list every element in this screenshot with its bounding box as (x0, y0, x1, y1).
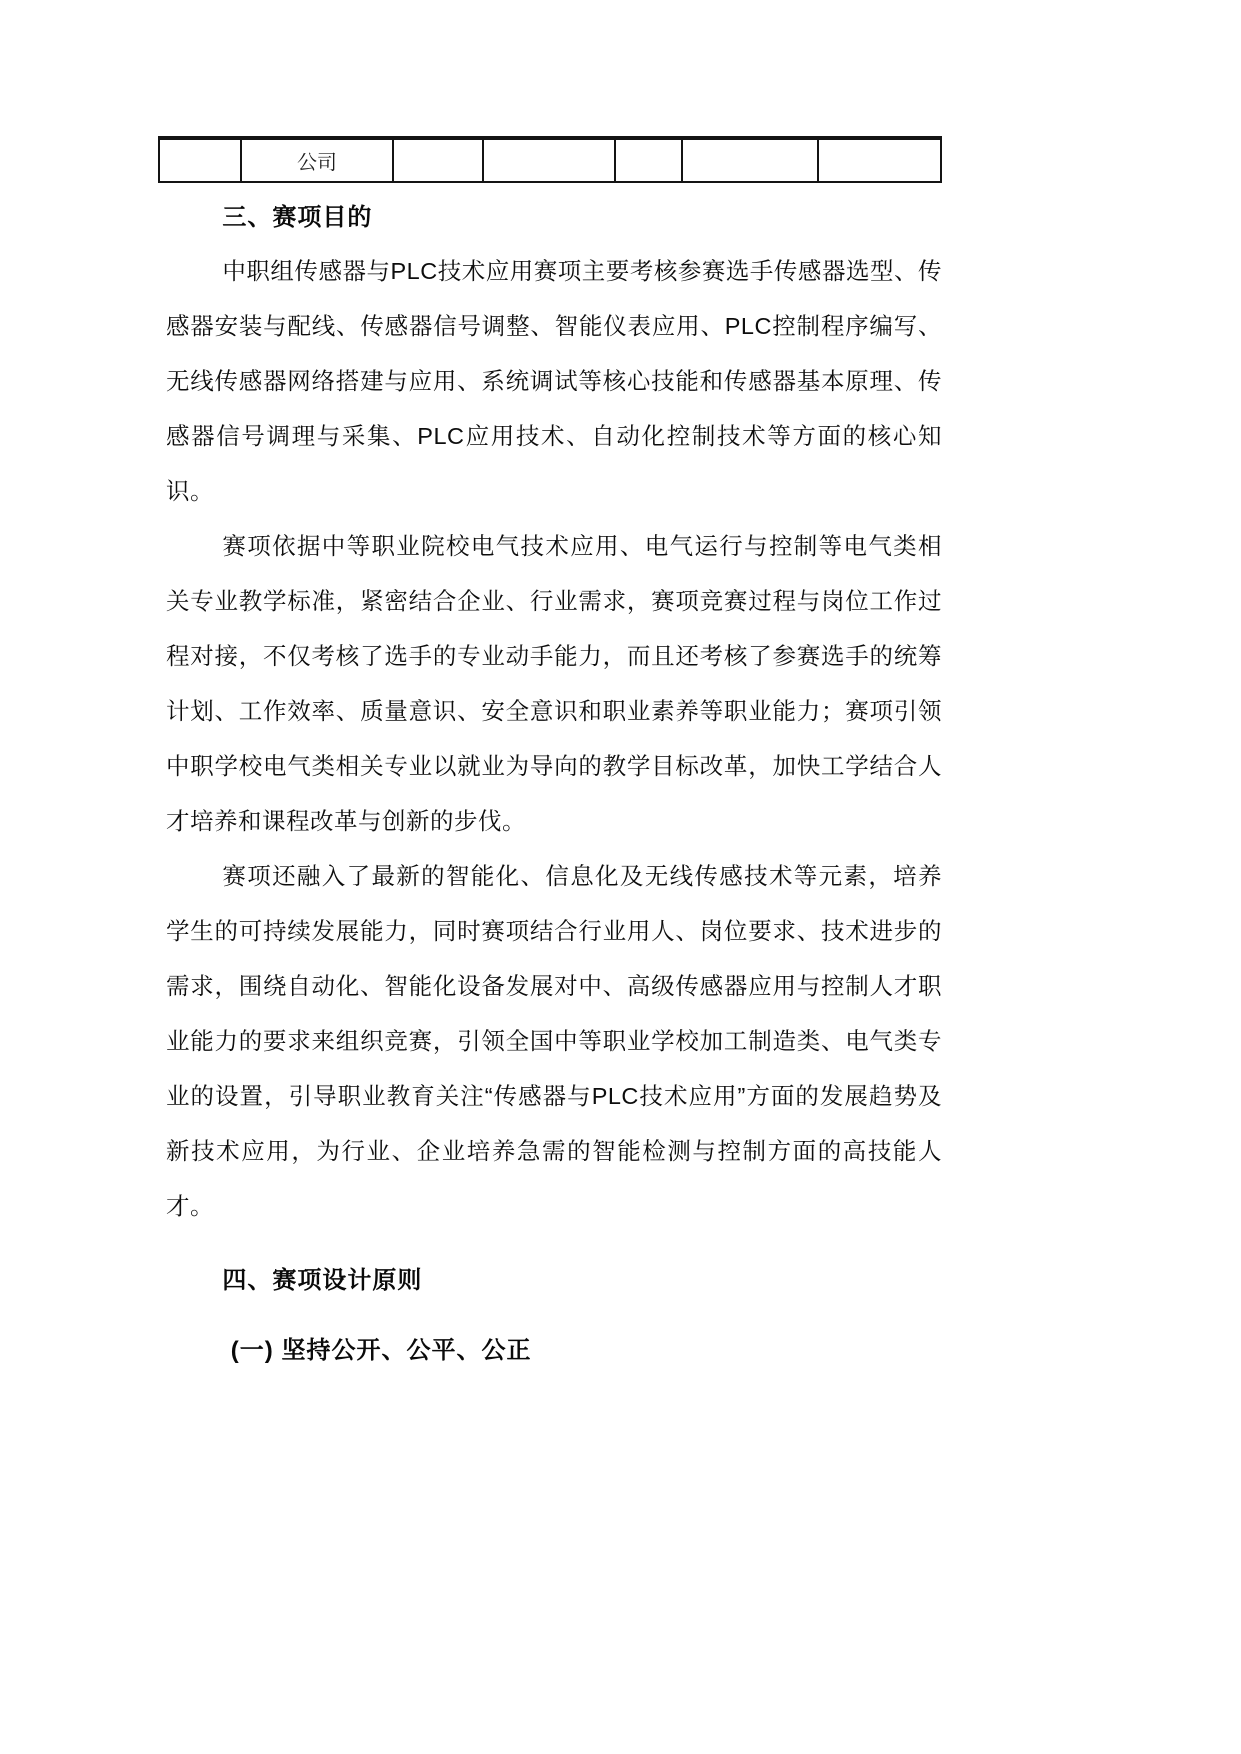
table-cell-company: 公司 (242, 140, 394, 181)
table-cell (819, 140, 940, 181)
table-cell (484, 140, 617, 181)
paragraph-competition-technology: 赛项还融入了最新的智能化、信息化及无线传感技术等元素，培养学生的可持续发展能力，… (166, 849, 942, 1234)
section-heading-four: 四、赛项设计原则 (166, 1263, 941, 1299)
paragraph-competition-skills: 中职组传感器与PLC技术应用赛项主要考核参赛选手传感器选型、传感器安装与配线、传… (166, 244, 942, 519)
section-heading-three: 三、赛项目的 (166, 200, 941, 236)
paragraph-competition-basis: 赛项依据中等职业院校电气技术应用、电气运行与控制等电气类相关专业教学标准，紧密结… (166, 519, 942, 849)
table-fragment: 公司 (158, 136, 942, 183)
table-cell (394, 140, 484, 181)
table-cell (616, 140, 682, 181)
document-page: 公司 三、赛项目的 中职组传感器与PLC技术应用赛项主要考核参赛选手传感器选型、… (0, 0, 1241, 1754)
table-cell (160, 140, 242, 181)
subsection-heading-four-one: (一) 坚持公开、公平、公正 (166, 1333, 941, 1369)
table-cell (683, 140, 820, 181)
